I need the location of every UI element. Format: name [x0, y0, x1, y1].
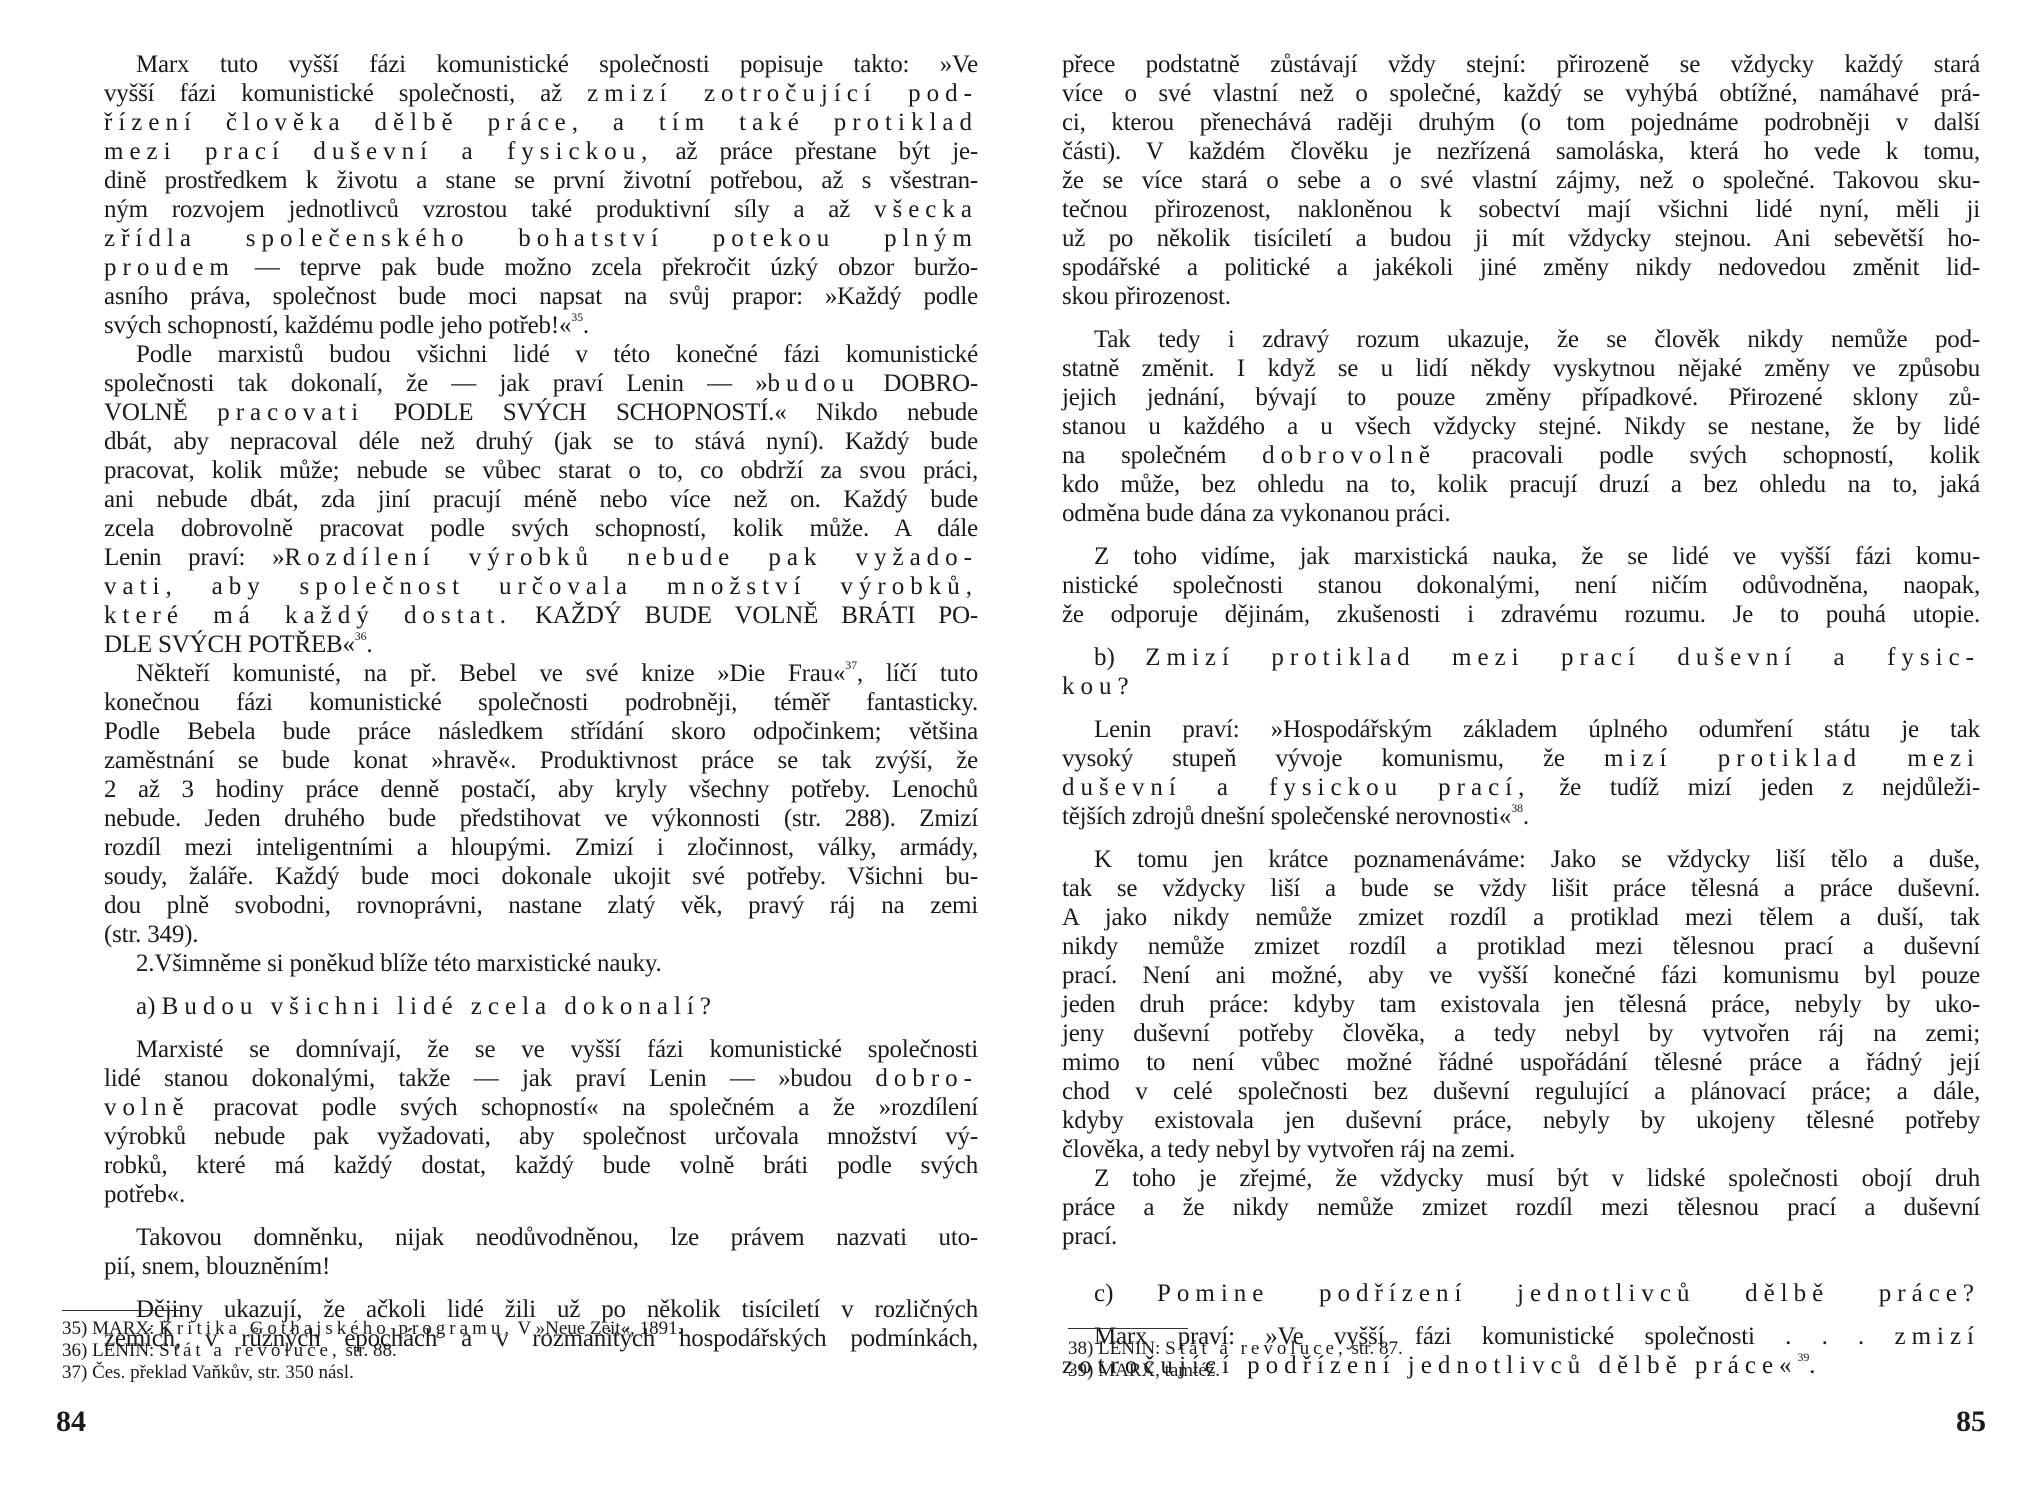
text-run: přece podstatně zůstávají vždy stejní: p…	[1062, 51, 1980, 78]
text-run: prací. Není ani možné, aby ve vyšší kone…	[1062, 962, 1980, 989]
text-run: mizí protiklad mezi	[1604, 745, 1980, 772]
text-run: Marx tuto vyšší fázi komunistické společ…	[136, 51, 978, 78]
text-line: zcela dobrovolně pracovat podle svých sc…	[104, 514, 978, 543]
text-run: Kritika Gothajského programu.	[159, 1318, 513, 1339]
text-line: proudem — teprve pak bude možno zcela př…	[104, 253, 978, 282]
text-run: že odporuje dějinám, zkušenosti i zdravé…	[1062, 601, 1980, 628]
text-run: Podle Bebela bude práce následkem střídá…	[104, 718, 978, 745]
text-run: ným rozvojem jednotlivců vzrostou také p…	[104, 196, 874, 223]
text-line: výrobků nebude pak vyžadovati, aby spole…	[104, 1122, 978, 1151]
text-run: že tudíž mizí jeden z nejdůleži-	[1530, 774, 1980, 801]
footnote: 35) MARX: Kritika Gothajského programu. …	[62, 1318, 682, 1340]
footnote: 38) LENIN: Stát a revoluce, str. 87.	[1068, 1338, 1403, 1360]
paragraph-gap	[104, 1281, 978, 1295]
paragraph-gap	[104, 1209, 978, 1223]
text-line: Lenin praví: »Rozdílení výrobků nebude p…	[104, 543, 978, 572]
text-line: prací. Není ani možné, aby ve vyšší kone…	[1062, 961, 1980, 990]
text-line: více o své vlastní než o společné, každý…	[1062, 79, 1980, 108]
text-line: tečnou přirozenost, nakloněnou k sobectv…	[1062, 195, 1980, 224]
text-run: zmizí	[1894, 1323, 1980, 1350]
text-run: dou plně svobodni, rovnoprávni, nastane …	[104, 892, 978, 919]
text-run: řízení člověka dělbě práce, a tím také p…	[104, 109, 978, 136]
text-line: Takovou domněnku, nijak neodůvodněnou, l…	[104, 1223, 978, 1252]
text-line: konečnou fázi komunistické společnosti p…	[104, 688, 978, 717]
text-run: skou přirozenost.	[1062, 283, 1231, 310]
text-run: zaměstnání se bude konat »hravě«. Produk…	[104, 747, 978, 774]
text-run: Podle marxistů budou všichni lidé v této…	[136, 341, 978, 368]
text-run: rozdíl mezi inteligentními a hloupými. Z…	[104, 834, 978, 861]
text-line: které má každý dostat. KAŽDÝ BUDE VOLNĚ …	[104, 601, 978, 630]
text-line: Podle marxistů budou všichni lidé v této…	[104, 340, 978, 369]
text-run: DOBRO-	[860, 370, 978, 397]
text-run: kou?	[1062, 673, 1135, 700]
text-line: lidé stanou dokonalými, takže — jak prav…	[104, 1064, 978, 1093]
text-run: A jako nikdy nemůže zmizet rozdíl a prot…	[1062, 904, 1980, 931]
paragraph-gap	[1062, 629, 1980, 643]
text-line: vysoký stupeň vývoje komunismu, že mizí …	[1062, 744, 1980, 773]
text-run: proudem	[104, 254, 235, 281]
paragraph-gap	[1062, 701, 1980, 715]
text-run: pracovati	[217, 399, 364, 426]
text-line: rozdíl mezi inteligentními a hloupými. Z…	[104, 833, 978, 862]
text-run: Pomine podřízení jednotlivců dělbě práce…	[1157, 1280, 1980, 1307]
text-line: skou přirozenost.	[1062, 282, 1980, 311]
text-run: duševní a fysickou prací,	[1062, 774, 1530, 801]
text-line: Marxisté se domnívají, že se ve vyšší fá…	[104, 1035, 978, 1064]
text-run: Lenin praví: »Hospodářským základem úpln…	[1094, 716, 1980, 743]
text-run: 39) MARX, tamtéž.	[1068, 1360, 1220, 1381]
section-heading: c) Pomine podřízení jednotlivců dělbě pr…	[1062, 1279, 1980, 1308]
text-run: Zmizí protiklad mezi prací duševní a fys…	[1145, 644, 1980, 671]
text-run: asního práva, společnost bude moci napsa…	[104, 283, 978, 310]
text-line: kdyby existovala jen duševní práce, neby…	[1062, 1106, 1980, 1135]
text-run: vyšší fázi komunistické společnosti, až	[104, 80, 587, 107]
text-line: jeden druh práce: kdyby tam existovala j…	[1062, 990, 1980, 1019]
footnote-separator	[62, 1310, 182, 1311]
text-line: nikdy nemůže zmizet rozdíl a protiklad m…	[1062, 932, 1980, 961]
text-run: VOLNĚ	[104, 399, 217, 426]
text-line: Tak tedy i zdravý rozum ukazuje, že se č…	[1062, 325, 1980, 354]
footnote-reference: 38	[1511, 801, 1523, 815]
text-run: nistické společnosti stanou dokonalými, …	[1062, 572, 1980, 599]
text-run: .	[583, 312, 589, 339]
text-run: které má každý dostat.	[104, 602, 512, 629]
right-footnotes: 38) LENIN: Stát a revoluce, str. 87.39) …	[1068, 1338, 1403, 1382]
text-run: pracovat podle svých schopností« na spol…	[190, 1094, 978, 1121]
text-run: práce a že nikdy nemůže zmizet rozdíl me…	[1062, 1194, 1980, 1221]
text-line: chod v celé společnosti bez duševní regu…	[1062, 1077, 1980, 1106]
text-run: jeny duševní potřeby člověka, a tedy neb…	[1062, 1020, 1980, 1047]
text-run: 2.Všimněme si poněkud blíže této marxist…	[136, 950, 662, 977]
paragraph-gap	[1062, 1308, 1980, 1322]
footnote-reference: 36	[355, 629, 367, 643]
text-run: pií, snem, blouzněním!	[104, 1253, 330, 1280]
text-run: mimo to není vůbec možné řádné uspořádán…	[1062, 1049, 1980, 1076]
text-line: K tomu jen krátce poznamenáváme: Jako se…	[1062, 845, 1980, 874]
text-run: 37) Čes. překlad Vaňkův, str. 350 násl.	[62, 1362, 354, 1383]
text-line: duševní a fysickou prací, že tudíž mizí …	[1062, 773, 1980, 802]
text-line: přece podstatně zůstávají vždy stejní: p…	[1062, 50, 1980, 79]
text-line: volně pracovat podle svých schopností« n…	[104, 1093, 978, 1122]
text-line: že odporuje dějinám, zkušenosti i zdravé…	[1062, 600, 1980, 629]
text-line: společnosti tak dokonalí, že — jak praví…	[104, 369, 978, 398]
text-run: jejich jednání, bývají to pouze změny př…	[1062, 384, 1980, 411]
text-run: chod v celé společnosti bez duševní regu…	[1062, 1078, 1980, 1105]
text-run: robků, které má každý dostat, každý bude…	[104, 1152, 978, 1179]
text-run: prací.	[1062, 1223, 1117, 1250]
text-run: budou	[768, 370, 861, 397]
paragraph-gap	[104, 978, 978, 992]
text-line: stanou u každého a u všech vždycky stejn…	[1062, 412, 1980, 441]
heading-label: b)	[1094, 644, 1145, 671]
left-page-body: Marx tuto vyšší fázi komunistické společ…	[104, 50, 978, 1353]
text-line: nistické společnosti stanou dokonalými, …	[1062, 571, 1980, 600]
text-run: soudy, žaláře. Každý bude moci dokonale …	[104, 863, 978, 890]
text-line: tak se vždycky liší a bude se vždy lišit…	[1062, 874, 1980, 903]
text-line: spodářské a politické a jakékoli jiné zm…	[1062, 253, 1980, 282]
text-line: jejich jednání, bývají to pouze změny př…	[1062, 383, 1980, 412]
text-run: Tak tedy i zdravý rozum ukazuje, že se č…	[1094, 326, 1980, 353]
text-run: Někteří komunisté, na př. Bebel ve své k…	[136, 660, 845, 687]
text-run: vysoký stupeň vývoje komunismu, že	[1062, 745, 1604, 772]
text-line: mezi prací duševní a fysickou, až práce …	[104, 137, 978, 166]
text-run: 38) LENIN:	[1068, 1338, 1165, 1359]
text-line: 2.Všimněme si poněkud blíže této marxist…	[104, 949, 978, 978]
text-line: práce a že nikdy nemůže zmizet rozdíl me…	[1062, 1193, 1980, 1222]
text-run: pracovat, kolik může; nebude se vůbec st…	[104, 457, 978, 484]
text-line: statně změnit. I když se u lidí někdy vy…	[1062, 354, 1980, 383]
text-run: , líčí tuto	[857, 660, 978, 687]
text-run: odměna bude dána za vykonanou práci.	[1062, 500, 1450, 527]
footnote-separator	[1068, 1328, 1188, 1329]
text-run: Budou všichni lidé zcela dokonalí?	[162, 993, 717, 1020]
text-line: kdo může, bez ohledu na to, kolik pracuj…	[1062, 470, 1980, 499]
text-run: Takovou domněnku, nijak neodůvodněnou, l…	[136, 1224, 978, 1251]
text-line: Lenin praví: »Hospodářským základem úpln…	[1062, 715, 1980, 744]
text-run: kdyby existovala jen duševní práce, neby…	[1062, 1107, 1980, 1134]
text-line: zaměstnání se bude konat »hravě«. Produk…	[104, 746, 978, 775]
text-run: Rozdílení výrobků nebude pak vyžado-	[284, 544, 978, 571]
text-run: společnosti tak dokonalí, že — jak praví…	[104, 370, 768, 397]
text-line: ci, kterou přenechává raději druhým (o t…	[1062, 108, 1980, 137]
text-line: jeny duševní potřeby člověka, a tedy neb…	[1062, 1019, 1980, 1048]
text-run: konečnou fázi komunistické společnosti p…	[104, 689, 978, 716]
text-line: robků, které má každý dostat, každý bude…	[104, 1151, 978, 1180]
text-run: 2 až 3 hodiny práce denně postačí, aby k…	[104, 776, 978, 803]
text-line: pracovat, kolik může; nebude se vůbec st…	[104, 456, 978, 485]
text-run: str. 88.	[341, 1340, 397, 1361]
text-run: ani nebude dbát, zda jiní pracují méně n…	[104, 486, 978, 513]
paragraph-gap	[1062, 311, 1980, 325]
footnote: 37) Čes. překlad Vaňkův, str. 350 násl.	[62, 1362, 682, 1384]
text-run: zřídla společenského bohatství potekou p…	[104, 225, 978, 252]
text-line: pií, snem, blouzněním!	[104, 1252, 978, 1281]
text-line: VOLNĚ pracovati PODLE SVÝCH SCHOPNOSTÍ.«…	[104, 398, 978, 427]
heading-label: c)	[1094, 1280, 1157, 1307]
paragraph-gap	[104, 1021, 978, 1035]
text-line: potřeb«.	[104, 1180, 978, 1209]
text-line: vyšší fázi komunistické společnosti, až …	[104, 79, 978, 108]
right-page: přece podstatně zůstávají vždy stejní: p…	[1012, 0, 2024, 1500]
text-line: asního práva, společnost bude moci napsa…	[104, 282, 978, 311]
text-run: všecka	[874, 196, 978, 223]
text-line: Z toho vidíme, jak marxistická nauka, že…	[1062, 542, 1980, 571]
text-run: stanou u každého a u všech vždycky stejn…	[1062, 413, 1980, 440]
text-run: statně změnit. I když se u lidí někdy vy…	[1062, 355, 1980, 382]
text-run: dině prostředkem k životu a stane se prv…	[104, 167, 978, 194]
footnote: 36) LENIN: Stát a revoluce, str. 88.	[62, 1340, 682, 1362]
section-heading-continued: kou?	[1062, 672, 1980, 701]
text-run: Lenin praví: »	[104, 544, 284, 571]
paragraph-gap	[1062, 528, 1980, 542]
text-line: Marx tuto vyšší fázi komunistické společ…	[104, 50, 978, 79]
footnote-reference: 35	[571, 310, 583, 324]
text-run: PODLE SVÝCH SCHOPNOSTÍ.« Nikdo nebude	[364, 399, 978, 426]
text-run: až práce přestane být je-	[653, 138, 978, 165]
paragraph-gap	[1062, 1251, 1980, 1265]
text-line: A jako nikdy nemůže zmizet rozdíl a prot…	[1062, 903, 1980, 932]
section-heading: a) Budou všichni lidé zcela dokonalí?	[104, 992, 978, 1021]
text-run: části). V každém člověku je nezřízená sa…	[1062, 138, 1980, 165]
text-line: Podle Bebela bude práce následkem střídá…	[104, 717, 978, 746]
text-line: řízení člověka dělbě práce, a tím také p…	[104, 108, 978, 137]
text-run: dbát, aby nepracoval déle než druhý (jak…	[104, 428, 978, 455]
text-run: volně	[104, 1094, 190, 1121]
text-line: soudy, žaláře. Každý bude moci dokonale …	[104, 862, 978, 891]
text-run: výrobků nebude pak vyžadovati, aby spole…	[104, 1123, 978, 1150]
text-line: mimo to není vůbec možné řádné uspořádán…	[1062, 1048, 1980, 1077]
text-run: dobro-	[875, 1065, 978, 1092]
text-line: že se více stará o sebe a o své vlastní …	[1062, 166, 1980, 195]
text-run: už po několik tisíciletí a budou ji mít …	[1062, 225, 1980, 252]
text-run: (str. 349).	[104, 921, 198, 948]
text-run: potřeb«.	[104, 1181, 185, 1208]
text-run: Stát a revoluce,	[1165, 1338, 1347, 1359]
text-line: DLE SVÝCH POTŘEB«36.	[104, 630, 978, 659]
page-number: 84	[56, 1405, 86, 1439]
text-run: 35) MARX:	[62, 1318, 159, 1339]
text-run: Z toho vidíme, jak marxistická nauka, že…	[1094, 543, 1980, 570]
text-run: Stát a revoluce,	[159, 1340, 341, 1361]
left-page: Marx tuto vyšší fázi komunistické společ…	[0, 0, 1012, 1500]
text-run: mezi prací duševní a fysickou,	[104, 138, 653, 165]
text-line: ani nebude dbát, zda jiní pracují méně n…	[104, 485, 978, 514]
text-run: DLE SVÝCH POTŘEB«	[104, 631, 355, 658]
right-page-body: přece podstatně zůstávají vždy stejní: p…	[1062, 50, 1980, 1380]
text-run: .	[1809, 1352, 1815, 1379]
text-line: vati, aby společnost určovala množství v…	[104, 572, 978, 601]
text-line: zřídla společenského bohatství potekou p…	[104, 224, 978, 253]
text-line: dině prostředkem k životu a stane se prv…	[104, 166, 978, 195]
text-run: lidé stanou dokonalými, takže — jak prav…	[104, 1065, 875, 1092]
text-run: tečnou přirozenost, nakloněnou k sobectv…	[1062, 196, 1980, 223]
text-line: 2 až 3 hodiny práce denně postačí, aby k…	[104, 775, 978, 804]
text-line: na společném dobrovolně pracovali podle …	[1062, 441, 1980, 470]
heading-label: a)	[136, 993, 162, 1020]
text-run: .	[366, 631, 372, 658]
page-number: 85	[1956, 1405, 1986, 1439]
text-run: více o své vlastní než o společné, každý…	[1062, 80, 1980, 107]
text-line: odměna bude dána za vykonanou práci.	[1062, 499, 1980, 528]
text-run: jeden druh práce: kdyby tam existovala j…	[1062, 991, 1980, 1018]
text-line: (str. 349).	[104, 920, 978, 949]
text-run: 36) LENIN:	[62, 1340, 159, 1361]
left-footnotes: 35) MARX: Kritika Gothajského programu. …	[62, 1318, 682, 1384]
text-line: dou plně svobodni, rovnoprávni, nastane …	[104, 891, 978, 920]
text-line: ným rozvojem jednotlivců vzrostou také p…	[104, 195, 978, 224]
text-run: tějších zdrojů dnešní společenské nerovn…	[1062, 803, 1511, 830]
text-run: K tomu jen krátce poznamenáváme: Jako se…	[1094, 846, 1980, 873]
text-run: V »Neue Zeit«, 1891.	[513, 1318, 682, 1339]
text-line: nebude. Jeden druhého bude předstihovat …	[104, 804, 978, 833]
footnote-reference: 39	[1798, 1350, 1810, 1364]
footnote-reference: 37	[845, 658, 857, 672]
text-run: na společném	[1062, 442, 1262, 469]
text-run: zmizí zotročující pod-	[587, 80, 978, 107]
text-line: Z toho je zřejmé, že vždycky musí být v …	[1062, 1164, 1980, 1193]
text-run: KAŽDÝ BUDE VOLNĚ BRÁTI PO-	[512, 602, 978, 629]
text-run: nebude. Jeden druhého bude předstihovat …	[104, 805, 978, 832]
footnote: 39) MARX, tamtéž.	[1068, 1360, 1403, 1382]
text-line: tějších zdrojů dnešní společenské nerovn…	[1062, 802, 1980, 831]
text-run: spodářské a politické a jakékoli jiné zm…	[1062, 254, 1980, 281]
text-run: že se více stará o sebe a o své vlastní …	[1062, 167, 1980, 194]
text-run: vati, aby společnost určovala množství v…	[104, 573, 978, 600]
text-run: kdo může, bez ohledu na to, kolik pracuj…	[1062, 471, 1980, 498]
text-line: už po několik tisíciletí a budou ji mít …	[1062, 224, 1980, 253]
text-line: člověka, a tedy nebyl by vytvořen ráj na…	[1062, 1135, 1980, 1164]
text-run: — teprve pak bude možno zcela překročit …	[235, 254, 978, 281]
text-run: Marxisté se domnívají, že se ve vyšší fá…	[136, 1036, 978, 1063]
text-run: nikdy nemůže zmizet rozdíl a protiklad m…	[1062, 933, 1980, 960]
text-run: člověka, a tedy nebyl by vytvořen ráj na…	[1062, 1136, 1515, 1163]
section-heading: b) Zmizí protiklad mezi prací duševní a …	[1062, 643, 1980, 672]
text-run: dobrovolně	[1262, 442, 1436, 469]
text-run: zcela dobrovolně pracovat podle svých sc…	[104, 515, 978, 542]
text-line: části). V každém člověku je nezřízená sa…	[1062, 137, 1980, 166]
text-line: svých schopností, každému podle jeho pot…	[104, 311, 978, 340]
text-run: ci, kterou přenechává raději druhým (o t…	[1062, 109, 1980, 136]
text-run: pracovali podle svých schopností, kolik	[1436, 442, 1980, 469]
text-line: Někteří komunisté, na př. Bebel ve své k…	[104, 659, 978, 688]
paragraph-gap	[1062, 1265, 1980, 1279]
text-run: .	[1523, 803, 1529, 830]
text-run: tak se vždycky liší a bude se vždy lišit…	[1062, 875, 1980, 902]
text-run: Z toho je zřejmé, že vždycky musí být v …	[1094, 1165, 1980, 1192]
paragraph-gap	[1062, 831, 1980, 845]
text-run: svých schopností, každému podle jeho pot…	[104, 312, 571, 339]
text-line: prací.	[1062, 1222, 1980, 1251]
text-run: str. 87.	[1347, 1338, 1403, 1359]
text-line: dbát, aby nepracoval déle než druhý (jak…	[104, 427, 978, 456]
